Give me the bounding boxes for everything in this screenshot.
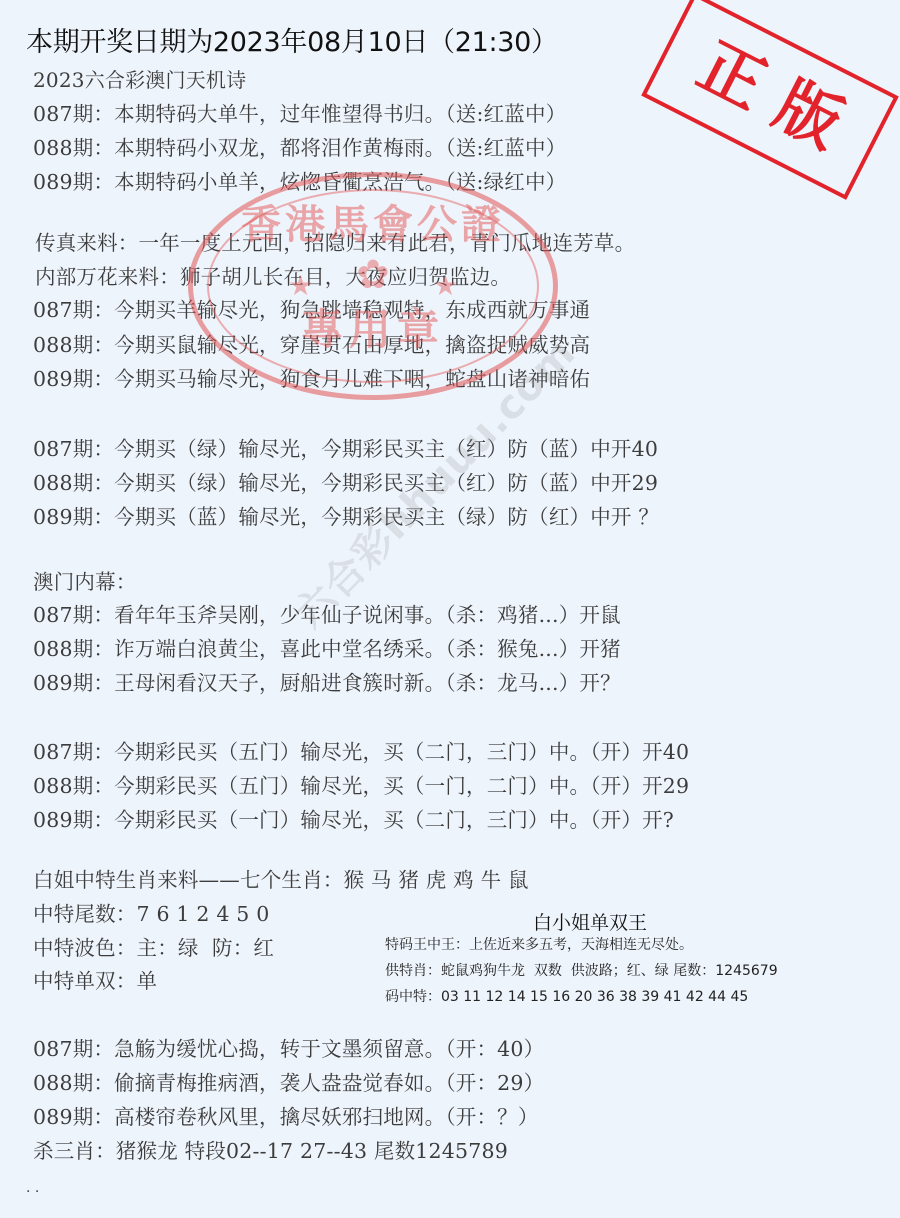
tianji-poem-089: 089期：本期特码小单羊，炫惚昏衢烹浩气。（送:绿红中） bbox=[33, 169, 566, 195]
tianji-poem-088: 088期：本期特码小双龙，都将泪作黄梅雨。（送:红蓝中） bbox=[33, 135, 566, 161]
inner-line: 内部万花来料：狮子胡儿长在目，大夜应归贺监边。 bbox=[35, 264, 511, 290]
genuine-edition-stamp: 正 版 bbox=[641, 0, 899, 200]
door-item-087: 087期：今期彩民买（五门）输尽光，买（二门，三门）中。（开）开40 bbox=[33, 739, 689, 765]
final-poem-087: 087期：急觞为缓忧心捣，转于文墨须留意。（开：40） bbox=[33, 1036, 544, 1062]
stamp-char-ban: 版 bbox=[765, 72, 851, 158]
baijie-tail: 中特尾数：7 6 1 2 4 5 0 bbox=[33, 901, 270, 927]
fax-item-088: 088期：今期买鼠输尽光，穿崖贯石由厚地，擒盗捉贼威势高 bbox=[33, 332, 590, 358]
kill-three-line: 杀三肖：猪猴龙 特段02--17 27--43 尾数1245789 bbox=[33, 1138, 508, 1164]
macau-item-089: 089期：王母闲看汉天子，厨船进食簇时新。（杀：龙马...）开？ bbox=[33, 670, 621, 696]
baijie-odd-even: 中特单双：单 bbox=[33, 968, 157, 994]
bxj-title: 白小姐单双王 bbox=[533, 908, 647, 935]
bxj-line-wzw: 特码王中王：上佐近来多五考，天海相连无尽处。 bbox=[385, 936, 693, 954]
macau-inside-title: 澳门内幕： bbox=[33, 569, 137, 595]
door-item-088: 088期：今期彩民买（五门）输尽光，买（一门，二门）中。（开）开29 bbox=[33, 773, 689, 799]
fax-line: 传真来料：一年一度上元回，招隐归来有此君，青门瓜地连芳草。 bbox=[35, 230, 635, 256]
footer-dots: . . bbox=[26, 1180, 39, 1196]
fax-item-087: 087期：今期买羊输尽光，狗急跳墙稳观特，东成西就万事通 bbox=[33, 297, 590, 323]
macau-item-088: 088期：诈万端白浪黄尘，喜此中堂名绣采。（杀：猴兔...）开猪 bbox=[33, 636, 621, 662]
door-item-089: 089期：今期彩民买（一门）输尽光，买（二门，三门）中。（开）开? bbox=[33, 807, 674, 833]
final-poem-089: 089期：高楼帘卷秋风里，擒尽妖邪扫地网。（开：？） bbox=[33, 1104, 539, 1130]
tianji-poem-087: 087期：本期特码大单牛，过年惟望得书归。（送:红蓝中） bbox=[33, 101, 566, 127]
subtitle: 2023六合彩澳门天机诗 bbox=[33, 67, 246, 93]
page-title: 本期开奖日期为2023年08月10日（21:30） bbox=[26, 26, 558, 60]
color-item-087: 087期：今期买（绿）输尽光，今期彩民买主（红）防（蓝）中开40 bbox=[33, 436, 658, 462]
bxj-line-numbers: 码中特：03 11 12 14 15 16 20 36 38 39 41 42 … bbox=[385, 988, 748, 1006]
bxj-line-zodiac: 供特肖：蛇鼠鸡狗牛龙 双数 供波路；红、绿 尾数：1245679 bbox=[385, 962, 778, 980]
baijie-zodiac: 白姐中特生肖来料——七个生肖：猴 马 猪 虎 鸡 牛 鼠 bbox=[33, 867, 529, 893]
color-item-088: 088期：今期买（绿）输尽光，今期彩民买主（红）防（蓝）中开29 bbox=[33, 470, 658, 496]
final-poem-088: 088期：偷摘青梅推病酒，袭人盎盎觉春如。（开：29） bbox=[33, 1070, 544, 1096]
baijie-wave: 中特波色：主：绿 防：红 bbox=[33, 935, 274, 961]
lottery-document: 本期开奖日期为2023年08月10日（21:30） 2023六合彩澳门天机诗 0… bbox=[0, 0, 900, 1218]
color-item-089: 089期：今期买（蓝）输尽光，今期彩民买主（绿）防（红）中开 ？ bbox=[33, 504, 659, 530]
stamp-char-zheng: 正 bbox=[689, 33, 775, 119]
